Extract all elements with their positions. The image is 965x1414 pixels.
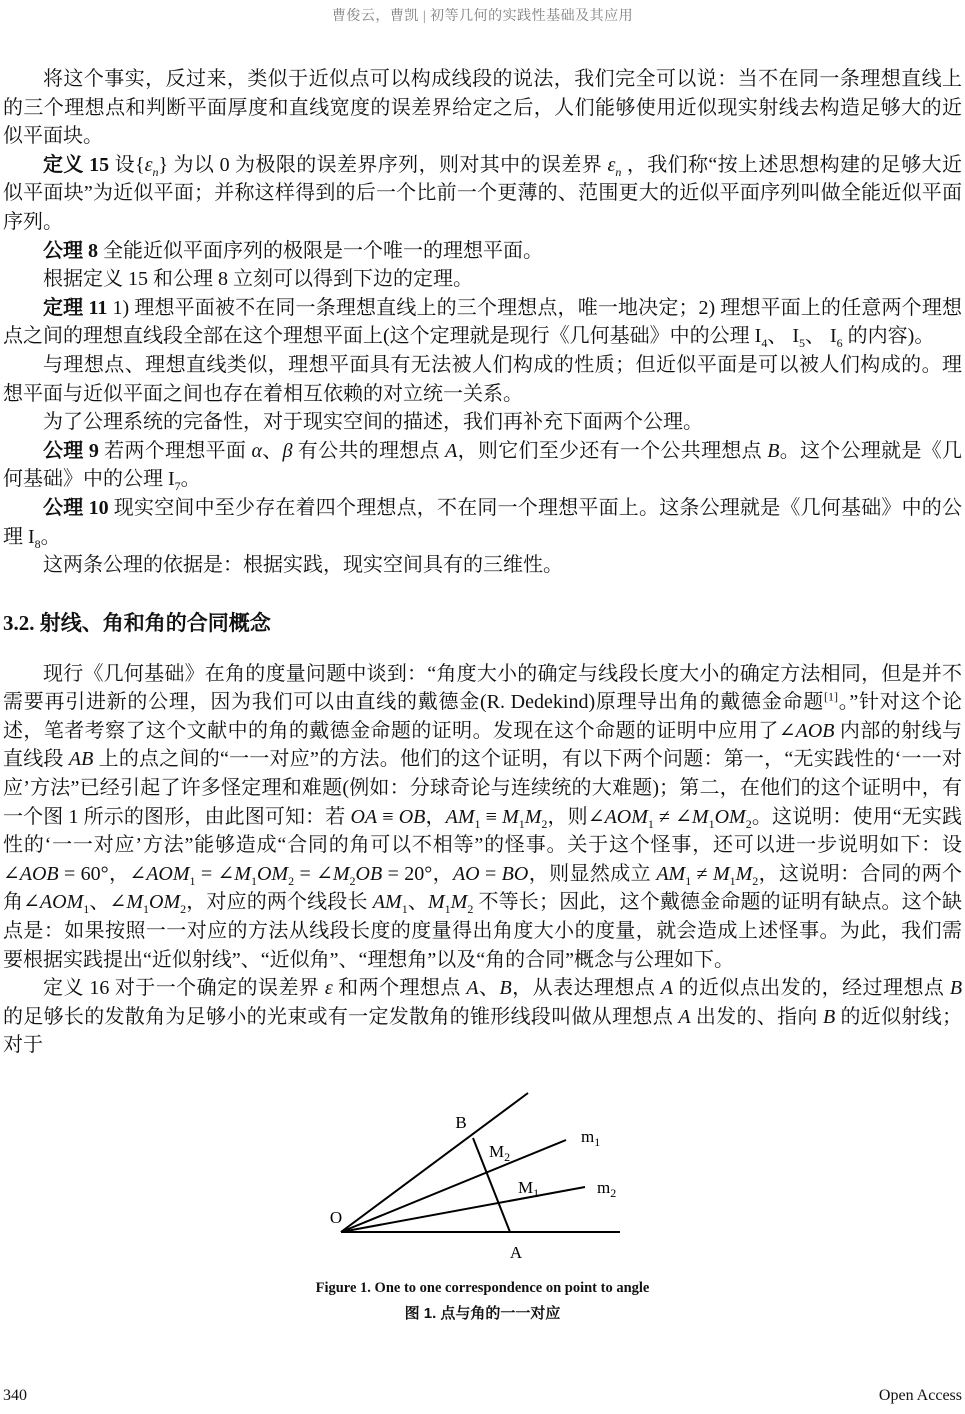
- paragraph: 与理想点、理想直线类似，理想平面具有无法被人们构成的性质；但近似平面是可以被人们…: [3, 351, 962, 408]
- point-label-O: O: [329, 1208, 341, 1227]
- ray-label-m1: m1: [581, 1127, 600, 1149]
- open-access-label: Open Access: [879, 1387, 962, 1405]
- point-label-M2: M2: [489, 1142, 510, 1164]
- running-header: 曹俊云，曹凯 | 初等几何的实践性基础及其应用: [0, 5, 965, 25]
- paragraph: 定义 15 设{εn} 为以 0 为极限的误差界序列，则对其中的误差界 εn ，…: [3, 151, 962, 237]
- figure-1-diagram: O B M2 M1 m1 m2 A: [273, 1080, 693, 1280]
- paragraph: 公理 10 现实空间中至少存在着四个理想点，不在同一个理想平面上。这条公理就是《…: [3, 494, 962, 551]
- body-block-1: 将这个事实，反过来，类似于近似点可以构成线段的说法，我们完全可以说：当不在同一条…: [3, 65, 962, 580]
- page-footer: 340 Open Access: [3, 1387, 962, 1405]
- content: 将这个事实，反过来，类似于近似点可以构成线段的说法，我们完全可以说：当不在同一条…: [3, 65, 962, 1323]
- paper-page: 曹俊云，曹凯 | 初等几何的实践性基础及其应用 将这个事实，反过来，类似于近似点…: [0, 0, 965, 1414]
- paragraph: 这两条公理的依据是：根据实践，现实空间具有的三维性。: [3, 551, 962, 580]
- figure-caption-zh: 图 1. 点与角的一一对应: [3, 1302, 962, 1323]
- paragraph: 定理 11 1) 理想平面被不在同一条理想直线上的三个理想点，唯一地决定；2) …: [3, 294, 962, 351]
- paragraph: 公理 9 若两个理想平面 α、β 有公共的理想点 A，则它们至少还有一个公共理想…: [3, 437, 962, 494]
- page-number: 340: [3, 1387, 27, 1405]
- paragraph: 为了公理系统的完备性，对于现实空间的描述，我们再补充下面两个公理。: [3, 408, 962, 437]
- body-block-2: 现行《几何基础》在角的度量问题中谈到：“角度大小的确定与线段长度大小的确定方法相…: [3, 660, 962, 1060]
- ray-label-m2: m2: [597, 1178, 616, 1200]
- figure-caption-en: Figure 1. One to one correspondence on p…: [3, 1280, 962, 1297]
- paragraph: 根据定义 15 和公理 8 立刻可以得到下边的定理。: [3, 265, 962, 294]
- ray-Om2: [341, 1187, 585, 1232]
- paragraph: 现行《几何基础》在角的度量问题中谈到：“角度大小的确定与线段长度大小的确定方法相…: [3, 660, 962, 975]
- paragraph: 定义 16 对于一个确定的误差界 ε 和两个理想点 A、B，从表达理想点 A 的…: [3, 974, 962, 1060]
- point-label-M1: M1: [518, 1178, 539, 1200]
- point-label-A: A: [509, 1243, 522, 1262]
- paragraph: 将这个事实，反过来，类似于近似点可以构成线段的说法，我们完全可以说：当不在同一条…: [3, 65, 962, 151]
- paragraph: 公理 8 全能近似平面序列的极限是一个唯一的理想平面。: [3, 237, 962, 266]
- figure-1: O B M2 M1 m1 m2 A Figure 1. One to one c…: [3, 1080, 962, 1323]
- point-label-B: B: [455, 1113, 466, 1132]
- section-heading: 3.2. 射线、角和角的合同概念: [3, 610, 962, 636]
- ray-OB: [341, 1093, 528, 1232]
